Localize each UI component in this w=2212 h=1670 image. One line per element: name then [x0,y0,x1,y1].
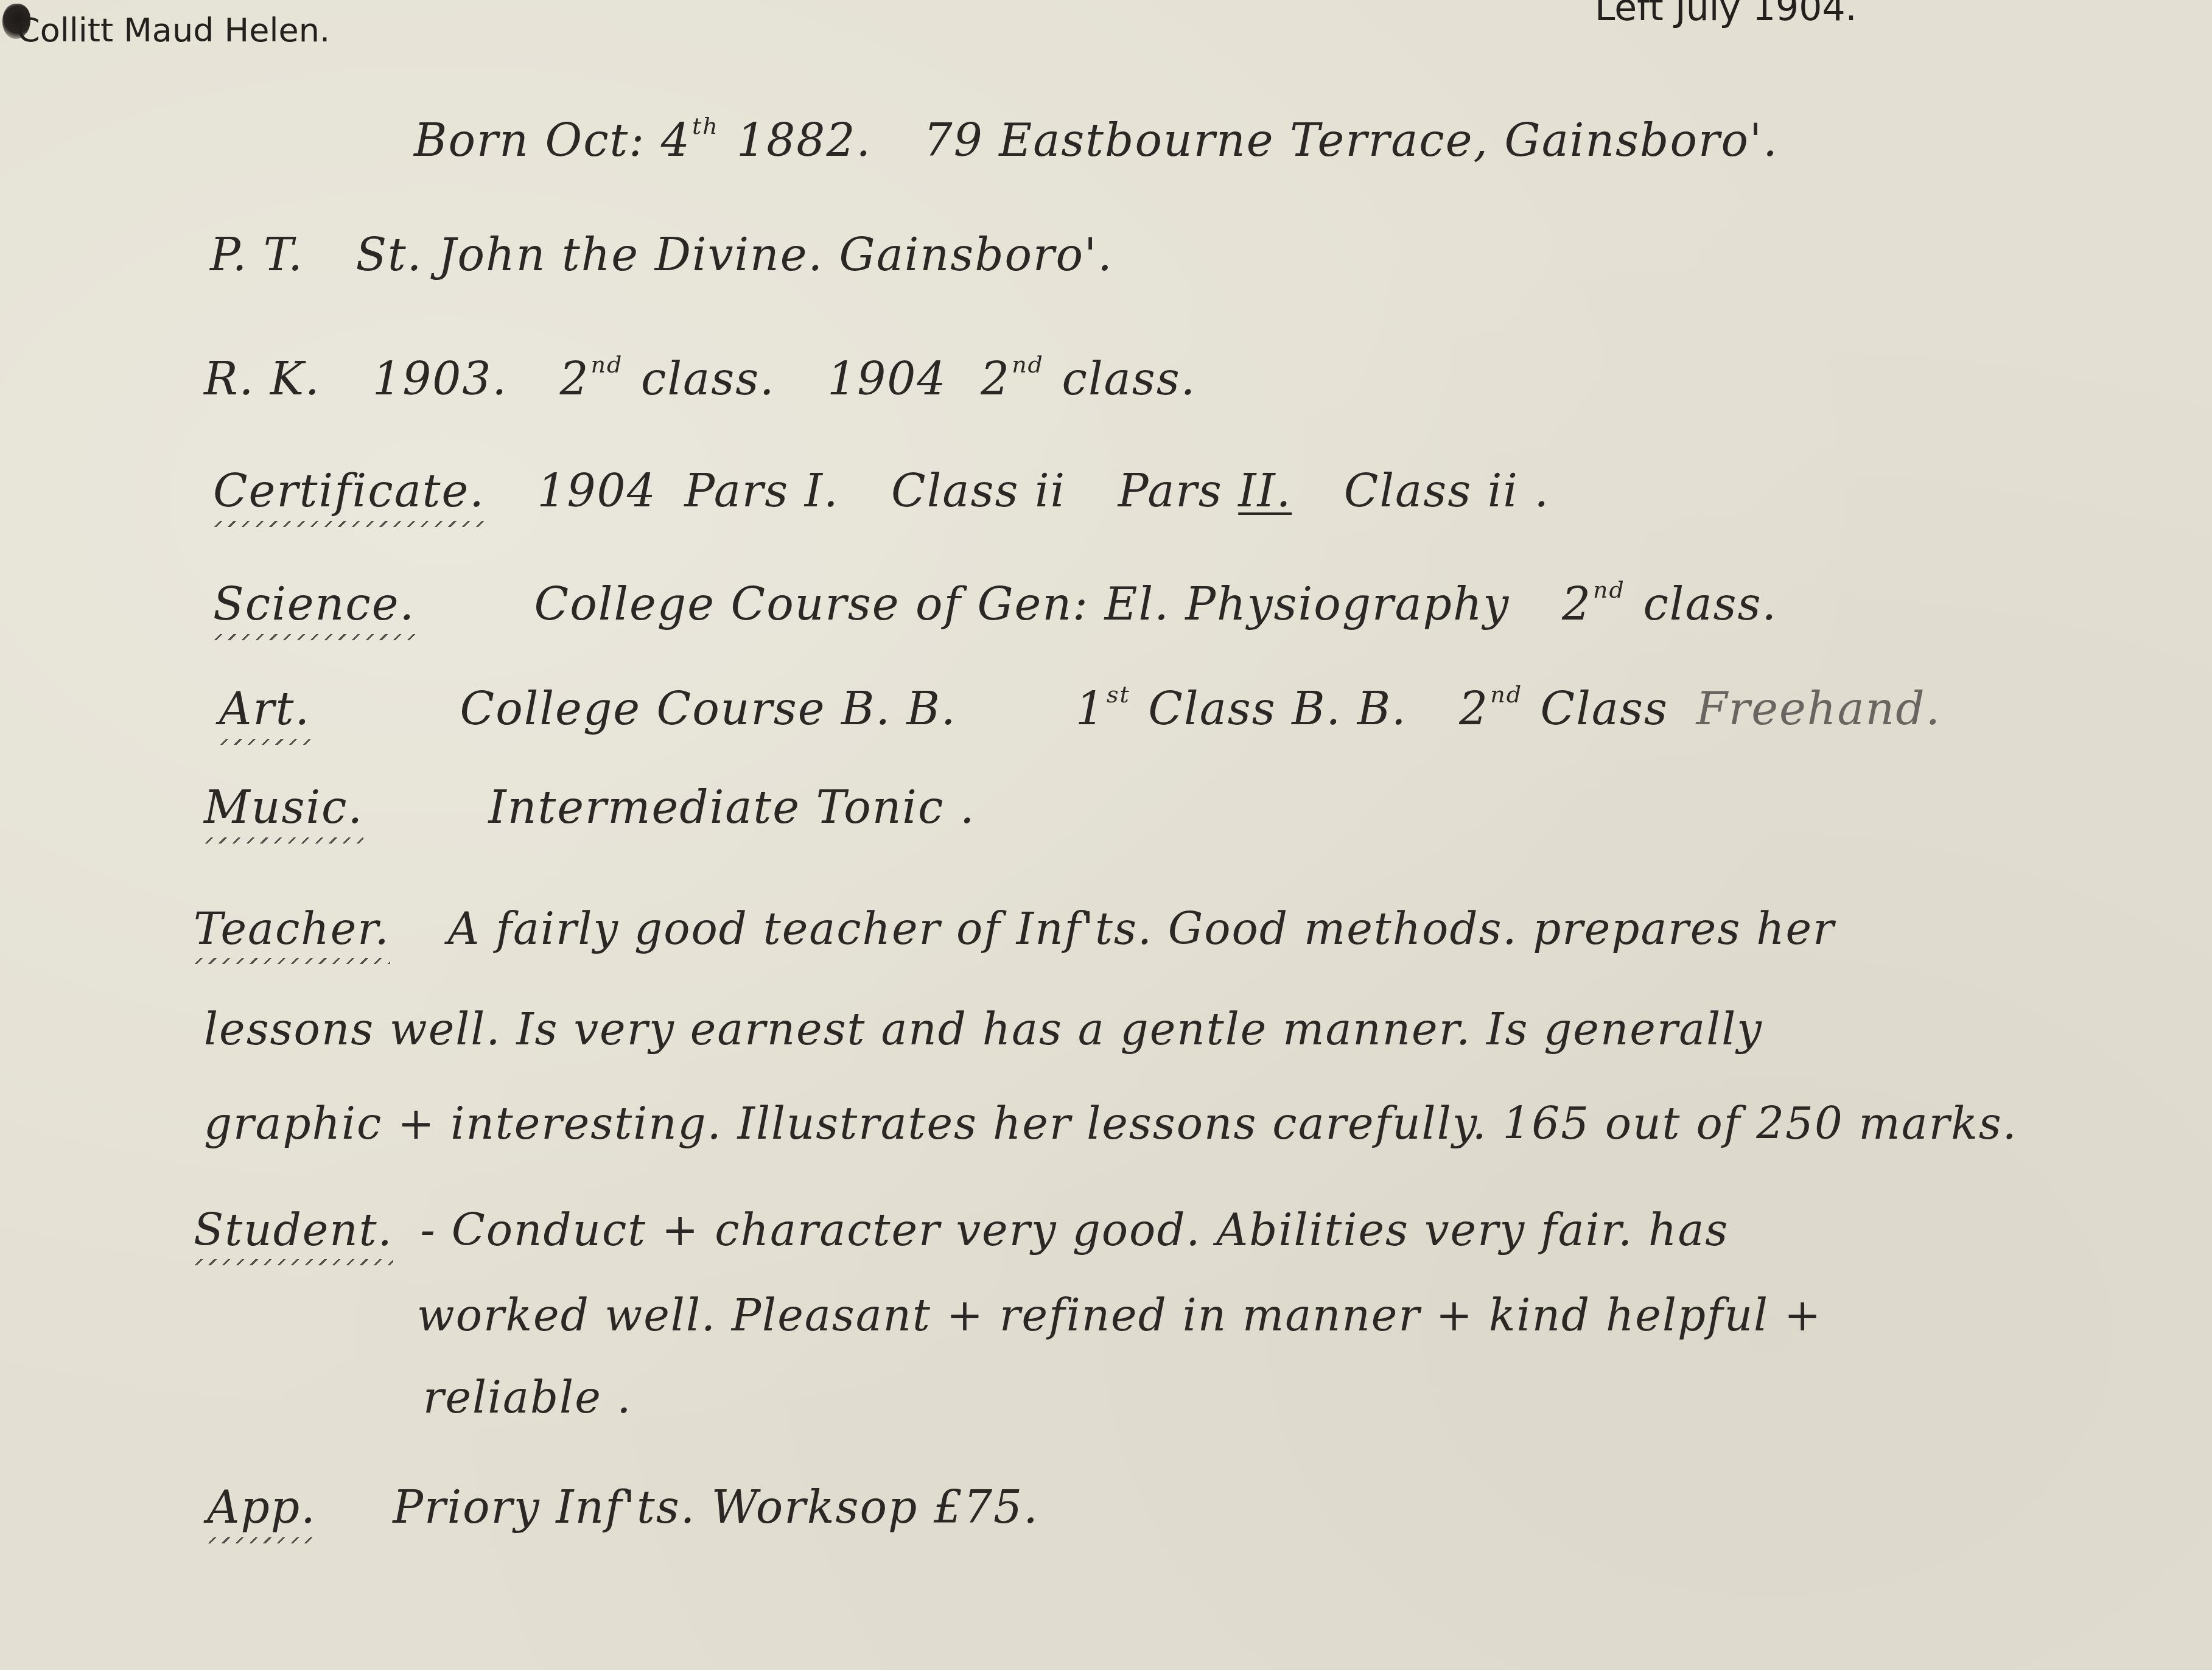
appointment-value: Priory Inf'ts. Worksop £75. [393,1485,1038,1530]
certificate-part-1: Pars I. [684,469,839,514]
certificate-year: 1904 [537,469,656,514]
teacher-remark-3: graphic + interesting. Illustrates her l… [204,1102,2018,1145]
born-address: 79 Eastbourne Terrace, Gainsboro'. [924,118,1779,163]
student-remark-3: reliable . [423,1375,632,1419]
art-class-2: Class [1541,687,1668,732]
science-label: Science. [213,582,415,627]
appointment-label: App. [207,1485,317,1530]
art-course: College Course B. B. [460,687,957,732]
art-label: Art. [219,687,310,732]
student-name: Collitt Maud Helen. [17,11,330,49]
music-value: Intermediate Tonic . [489,785,976,830]
born-date: Born Oct: 4th [414,114,721,167]
rk-grade-1903: 2nd [560,353,626,405]
rk-line: R. K. 1903. 2nd class. 1904 2nd class. [204,353,1233,402]
certificate-line: Certificate. 1904 Pars I. Class ii Pars … [213,469,1586,514]
science-line: Science. College Course of Gen: El. Phys… [213,578,1814,627]
certificate-class-2: Class ii . [1344,469,1550,514]
student-label: Student. [194,1208,393,1252]
record-page: Collitt Maud Helen. Left July 1904. Born… [0,0,2212,1670]
teacher-remark-1: A fairly good teacher of Inf'ts. Good me… [448,903,1835,954]
art-class-1: Class B. B. [1148,687,1407,732]
art-freehand: Freehand. [1696,687,1941,732]
rk-year-1904: 1904 [827,357,947,402]
certificate-label: Certificate. [213,469,485,514]
rk-label: R. K. [204,357,321,402]
appointment-line: App. Priory Inf'ts. Worksop £75. [207,1485,1076,1530]
rk-grade-1904: 2nd [981,353,1046,405]
student-remark-1: - Conduct + character very good. Abiliti… [420,1204,1729,1256]
born-line: Born Oct: 4th 1882. 79 Eastbourne Terrac… [414,114,1815,163]
science-grade: 2nd [1562,578,1628,631]
student-remark-2: worked well. Pleasant + refined in manne… [417,1293,1822,1337]
certificate-class-1: Class ii [891,469,1066,514]
left-date: Left July 1904. [1595,0,1857,29]
born-year: 1882. [737,118,872,163]
music-label: Music. [204,785,363,830]
teacher-label: Teacher. [194,907,390,951]
certificate-part-2: Pars II. [1118,465,1292,517]
art-line: Art. College Course B. B. 1st Class B. B… [219,683,1978,732]
pt-label: P. T. [210,232,304,278]
rk-class-1904: class. [1062,357,1196,402]
rk-year-1903: 1903. [373,357,508,402]
teacher-remark-2: lessons well. Is very earnest and has a … [204,1007,1763,1051]
art-grade-1: 1st [1076,683,1133,735]
student-line-1: Student. - Conduct + character very good… [194,1208,1729,1252]
science-course: College Course of Gen: El. Physiography [534,582,1510,627]
science-class: class. [1643,582,1777,627]
rk-class-1903: class. [641,357,775,402]
art-grade-2: 2nd [1459,683,1525,735]
music-line: Music. Intermediate Tonic . [204,785,1012,830]
teacher-line-1: Teacher. A fairly good teacher of Inf'ts… [194,907,1835,951]
pt-line: P. T. St. John the Divine. Gainsboro'. [210,232,1150,278]
pt-value: St. John the Divine. Gainsboro'. [355,232,1113,278]
